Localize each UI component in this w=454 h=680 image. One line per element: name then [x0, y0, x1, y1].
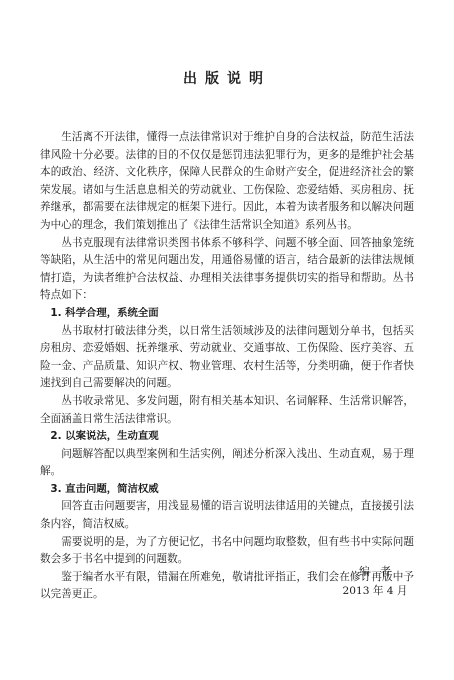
feature-paragraph: 丛书取材打破法律分类，以日常生活领域涉及的法律问题划分单书，包括买房租房、恋爱婚… [40, 323, 414, 393]
signature-author: 编 者 [330, 563, 420, 582]
feature-paragraph: 问题解答配以典型案例和生活实例，阐述分析深入浅出、生动直观，易于理解。 [40, 446, 414, 481]
feature-paragraph: 回答直击问题要害，用浅显易懂的语言说明法律适用的关键点，直接援引法条内容，简洁权… [40, 498, 414, 533]
feature-heading: 3. 直击问题，简洁权威 [40, 481, 414, 499]
signature-block: 编 者 2013 年 4 月 [330, 563, 420, 601]
feature-heading: 2. 以案说法，生动直观 [40, 428, 414, 446]
document-body: 生活离不开法律，懂得一点法律常识对于维护自身的合法权益，防范生活法律风险十分必要… [40, 129, 414, 604]
intro-paragraph: 生活离不开法律，懂得一点法律常识对于维护自身的合法权益，防范生活法律风险十分必要… [40, 129, 414, 235]
document-page: 出版说明 生活离不开法律，懂得一点法律常识对于维护自身的合法权益，防范生活法律风… [0, 0, 454, 680]
feature-heading: 1. 科学合理，系统全面 [40, 305, 414, 323]
page-title: 出版说明 [0, 68, 454, 88]
intro-paragraph: 丛书克服现有法律常识类图书体系不够科学、问题不够全面、回答抽象笼统等缺陷，从生活… [40, 235, 414, 305]
feature-paragraph: 丛书收录常见、多发问题，附有相关基本知识、名词解释、生活常识解答，全面涵盖日常生… [40, 393, 414, 428]
signature-date: 2013 年 4 月 [330, 582, 420, 601]
